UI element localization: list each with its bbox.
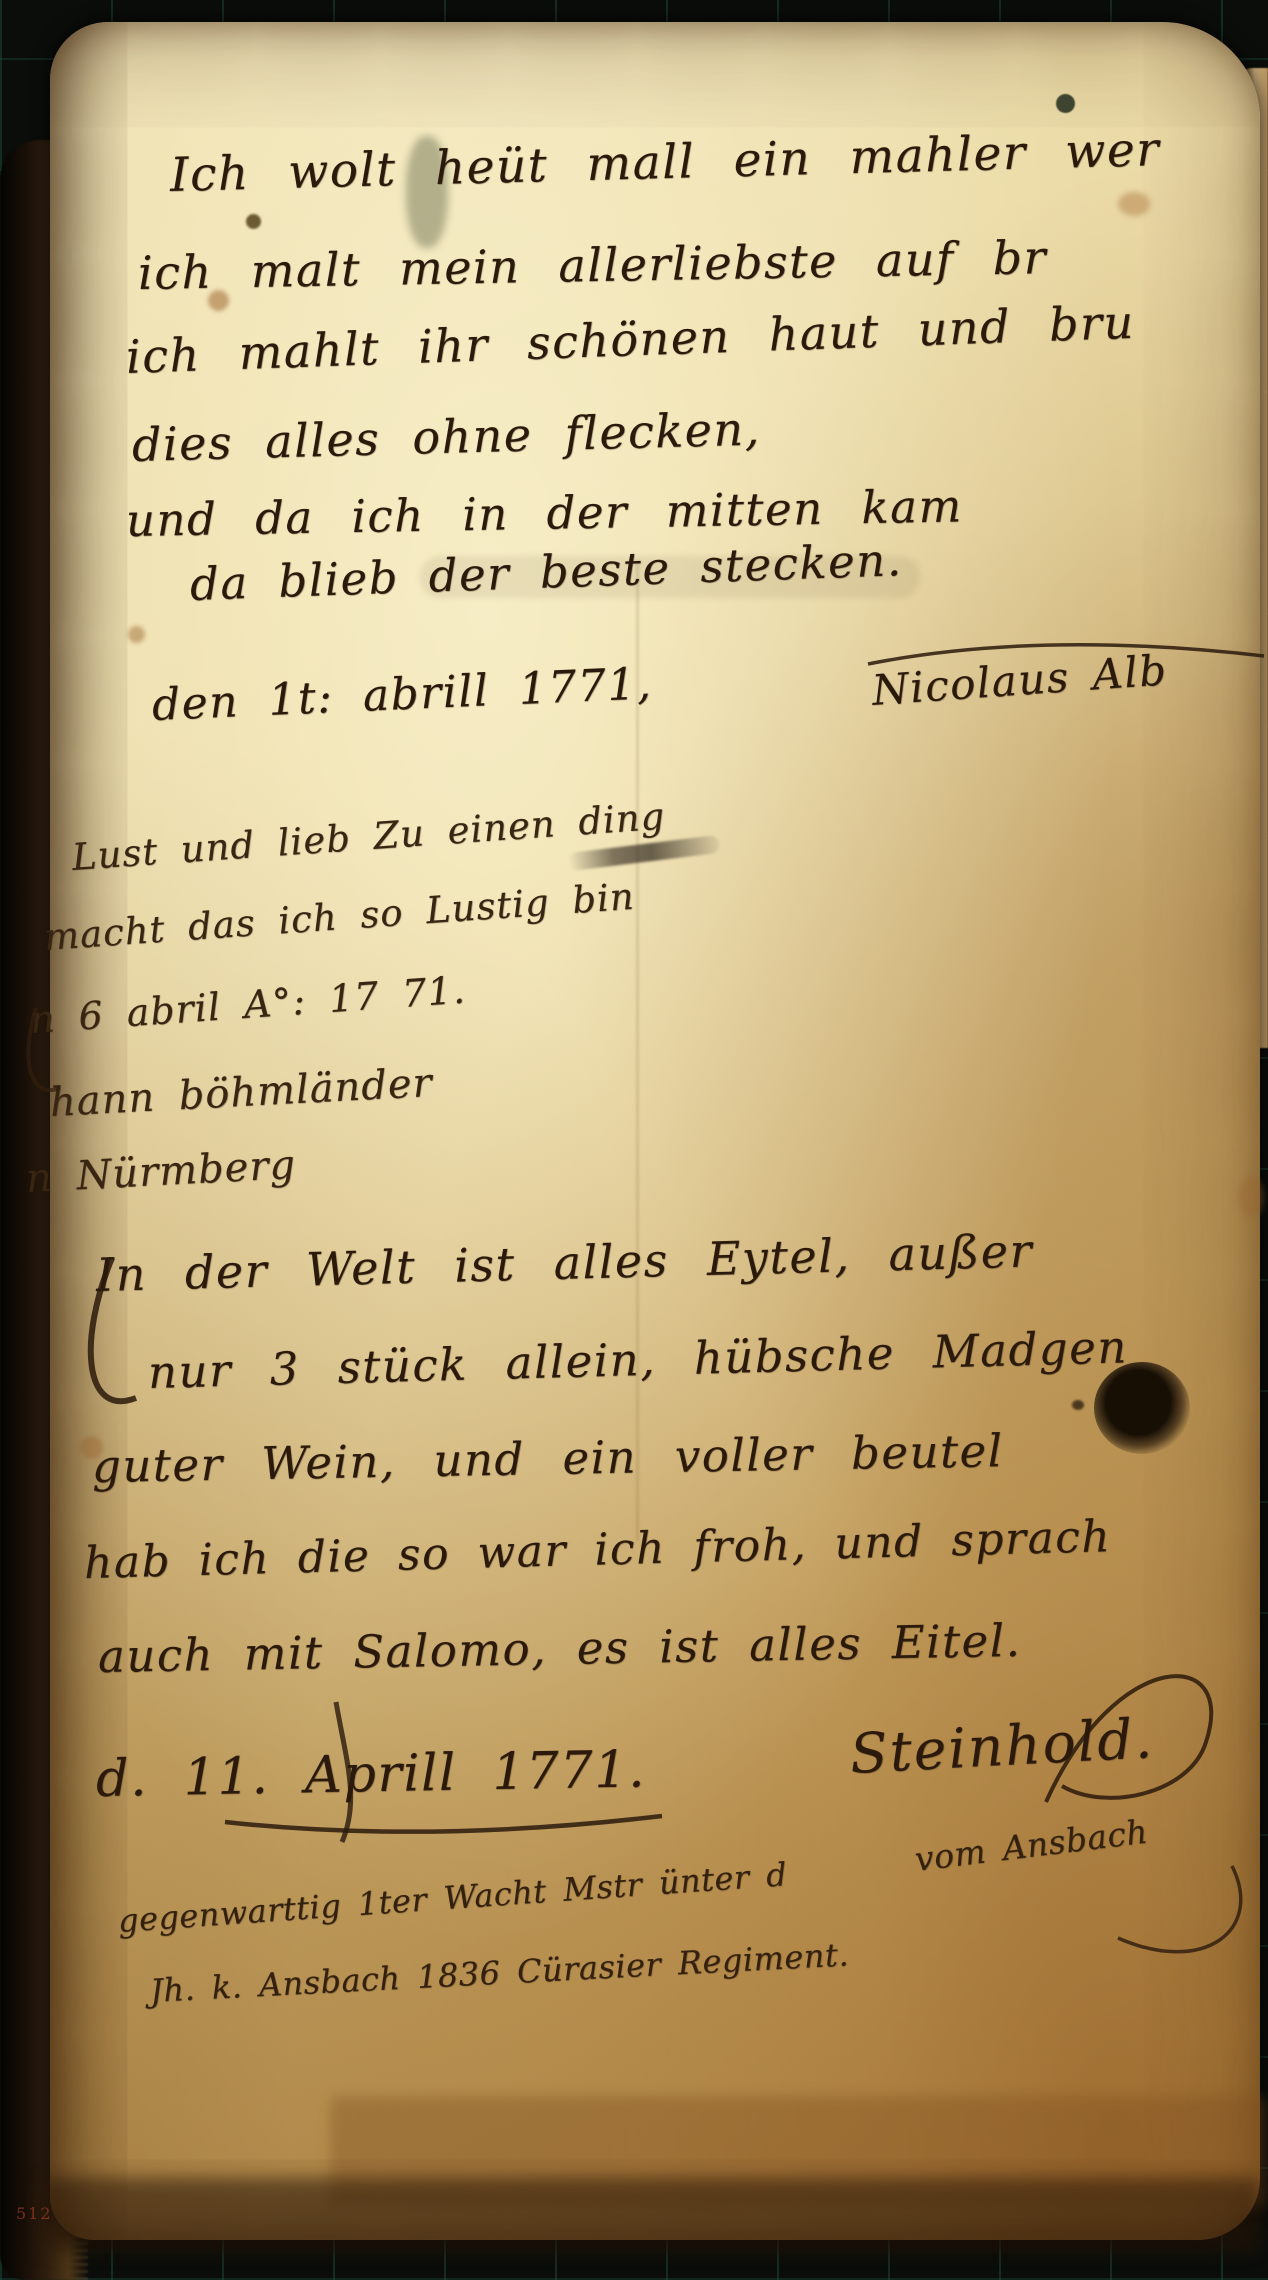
manuscript-photo: { "manuscript": { "entry1": { "lines": [… [0,0,1268,2280]
foxing-spot [246,214,261,229]
manuscript-dateline: d. 11. Aprill 1771. [95,1740,646,1809]
ink-blot-satellite [1072,1400,1084,1410]
foxing-spot [1118,192,1150,216]
foxing-spot [1238,1176,1264,1218]
ink-dot [1056,94,1075,113]
margin-shelf-mark: 512 [16,2204,53,2223]
bottom-edge-shadow [40,2178,1260,2252]
ink-blot [1094,1362,1190,1454]
foxing-spot [128,626,145,643]
